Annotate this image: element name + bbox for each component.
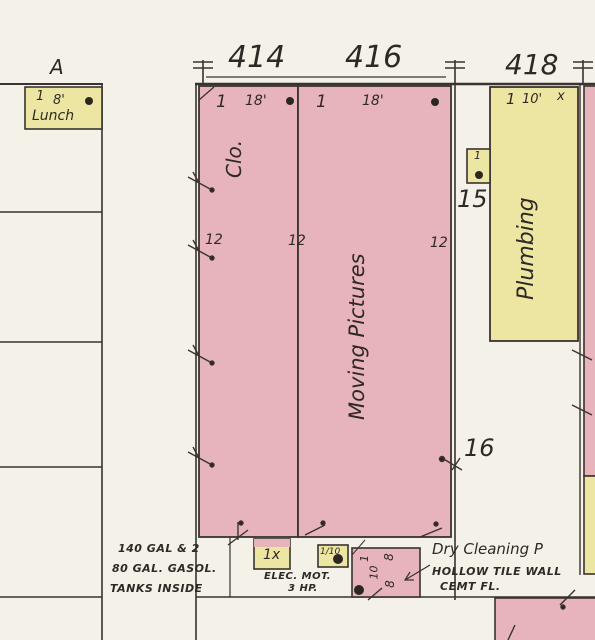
street-number-418: 418 <box>505 48 558 81</box>
note-dry-cleaning: Dry Cleaning P <box>432 540 543 558</box>
street-number-416: 416 <box>345 40 402 75</box>
building-414 <box>199 86 298 537</box>
note-elec-mot: ELEC. MOT. <box>264 571 331 582</box>
rear-brick-label-a: 1 <box>358 555 371 562</box>
b414-wall-left: 12 <box>205 232 223 248</box>
number-15: 15 <box>457 185 488 213</box>
street-number-414: 414 <box>228 40 285 75</box>
b414-stories: 1 <box>216 92 227 112</box>
lunch-use: Lunch <box>32 108 74 124</box>
b418-height: 10' <box>522 92 542 107</box>
b416-height: 18' <box>362 93 384 109</box>
rear-brick-label-d: 8 <box>383 580 397 588</box>
b418-stories: 1 <box>506 90 516 108</box>
sanborn-map: A 414 416 418 1 8' Lunch 1 18' Clo. 12 1… <box>0 0 595 640</box>
rear-brick-label-c: 8 <box>382 553 396 561</box>
number-16: 16 <box>464 434 495 462</box>
note-hollow-tile-wall: HOLLOW TILE WALL <box>432 565 562 578</box>
b416-wall-right: 12 <box>430 235 448 251</box>
rear-brick-label-b: 10 <box>368 566 381 580</box>
b414-use: Clo. <box>222 140 246 178</box>
b414-wall-right: 12 <box>288 233 306 249</box>
note-tanks-line1: 140 GAL & 2 <box>118 542 200 555</box>
note-tanks-line2: 80 GAL. GASOL. <box>112 562 217 575</box>
b416-use: Moving Pictures <box>345 253 369 420</box>
b416-stories: 1 <box>316 92 327 112</box>
rear-shed-a-label: 1x <box>263 547 280 563</box>
note-elec-hp: 3 HP. <box>288 583 318 594</box>
rear-shed-b-label: 1/10 <box>320 547 340 557</box>
note-tanks-line3: TANKS INSIDE <box>110 582 203 595</box>
note-cemt-fl: CEMT FL. <box>440 580 501 593</box>
lunch-stories: 1 <box>36 89 44 104</box>
lot-letter-a: A <box>50 55 64 79</box>
lunch-height: 8' <box>53 93 65 108</box>
building-right-edge <box>584 86 595 476</box>
b418-mark: x <box>557 89 565 104</box>
b418-use: Plumbing <box>514 197 539 300</box>
b414-height: 18' <box>245 93 267 109</box>
building-416 <box>298 86 451 537</box>
small-shed-stories: 1 <box>474 149 481 162</box>
